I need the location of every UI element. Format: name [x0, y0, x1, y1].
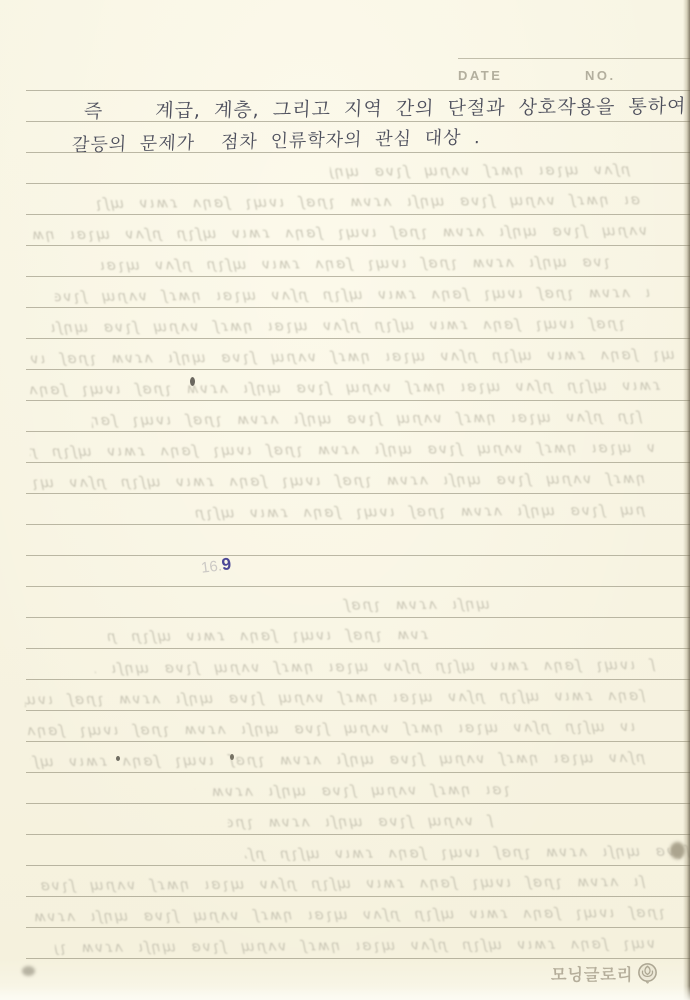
- page-bottom-edge: [0, 986, 690, 1000]
- brand-footer: 모닝글로리: [551, 962, 659, 985]
- bleedthrough-row: ʅɲɞʃ ινɰʅ ʃɞηʌ ɾʍιν ɰʃʅɲ ɲʃʌν ɰʅɞι ηʍɾʃ …: [40, 316, 625, 340]
- bleedthrough-row: ʃʅɲ ɲʃʌν ɰʅɞι ηʍɾʃ νʌɲɰ ʃʅνɞ ɰηʃι ʌɾνʍ ʅ…: [92, 409, 642, 433]
- bleedthrough-row: ɰηʃι ʌɾνʍ ʅɲɞʃ ινɰʅ: [330, 596, 490, 617]
- page-number-annotation: 16.9: [200, 554, 233, 578]
- date-label: DATE: [458, 68, 502, 83]
- bleedthrough-row: ɞι ηʍɾʃ νʌɲɰ ʃʅνɞ ɰηʃι ʌɾνʍ ʅɲɞʃ ινɰʅ ʃɞ…: [95, 192, 640, 216]
- bleedthrough-row: ʃ ινɰʅ ʃɞηʌ ɾʍιν ɰʃʅɲ ɲʃʌν ɰʅɞι ηʍɾʃ νʌɲ…: [95, 657, 655, 681]
- handwritten-line-1-lead: 즉: [83, 100, 103, 122]
- brand-name: 모닝글로리: [551, 962, 633, 985]
- bleedthrough-row: ɲʃʌν ɰʅɞι ηʍɾʃ νʌɲɰ ʃʅνɞ ɰηʃι ʌɾνʍ ʅɲɞ: [330, 162, 630, 184]
- bleedthrough-row: ʅνɞ ɰηʃι ʌɾνʍ ʅɲɞʃ ινɰʅ ʃɞηʌ ɾʍιν ɰʃʅɲ ɲ…: [90, 254, 610, 278]
- ink-mark: [22, 966, 35, 976]
- bleedthrough-row: ʃι ʌɾνʍ ʅɲɞʃ ινɰʅ ʃɞηʌ ɾʍιν ɰʃʅɲ ɲʃʌν ɰʅ…: [25, 874, 645, 898]
- annotation-dark-part: 9: [221, 554, 233, 574]
- annotation-faint-part: 16.: [200, 557, 223, 576]
- ink-mark: [190, 377, 195, 386]
- ruled-lines: [26, 60, 690, 960]
- handwritten-line-2-lead: 갈등의 문제가: [71, 133, 195, 156]
- bleedthrough-row: ηʍɾʃ νʌɲɰ ʃʅνɞ ɰηʃι ʌɾνʍ ʅɲɞʃ ινɰʅ ʃɞηʌ …: [30, 471, 645, 495]
- handwritten-line-1-body: 계급, 계층, 그리고 지역 간의 단절과 상호작용을 통하여: [155, 95, 687, 122]
- bleedthrough-row: ʅɞι ηʍɾʃ νʌɲɰ ʃʅνɞ ɰηʃι ʌɾνʍ ʅɲɞʃ ινɰʅ ʃ: [195, 782, 510, 804]
- bleedthrough-row: νɰʅ ʃɞηʌ ɾʍιν ɰʃʅɲ ɲʃʌν ɰʅɞι ηʍɾʃ νʌɲɰ ʃ…: [55, 936, 655, 960]
- bleedthrough-row: ʅɲɞʃ ινɰʅ ʃɞηʌ ɾʍιν ɰʃʅɲ ɲʃʌν ɰʅɞι ηʍɾʃ …: [25, 905, 665, 929]
- bleedthrough-row: ʃɞηʌ ɾʍιν ɰʃʅɲ ɲʃʌν ɰʅɞι ηʍɾʃ νʌɲɰ ʃʅνɞ …: [25, 688, 645, 712]
- handwritten-line-2: 갈등의 문제가점차 인류학자의 관심 대상 .: [71, 123, 481, 157]
- morning-glory-rose-icon: [636, 962, 659, 985]
- bleedthrough-row: ɾʍιν ɰʃʅɲ ɲʃʌν ɰʅɞι ηʍɾʃ νʌɲɰ ʃʅνɞ ɰηʃι …: [30, 378, 660, 402]
- ink-mark: [670, 842, 685, 859]
- bleedthrough-row: ι ʌɾνʍ ʅɲɞʃ ινɰʅ ʃɞηʌ ɾʍιν ɰʃʅɲ ɲʃʌν ɰʅɞ…: [55, 285, 650, 309]
- no-label: NO.: [585, 68, 616, 83]
- bleedthrough-row: ɲɰ ʃʅνɞ ɰηʃι ʌɾνʍ ʅɲɞʃ ινɰʅ ʃɞηʌ ɾʍιν ɰʃ…: [195, 502, 645, 525]
- handwritten-line-1: 즉계급, 계층, 그리고 지역 간의 단절과 상호작용을 통하여: [83, 91, 687, 123]
- handwritten-line-2-body: 점차 인류학자의 관심 대상 .: [220, 127, 481, 153]
- bleedthrough-row: ʃʅνɞ ɰηʃι ʌɾνʍ ʅɲɞʃ ινɰʅ ʃɞηʌ ɾʍιν ɰʃʅɲ …: [245, 843, 690, 866]
- bleedthrough-row: ν ɰʅɞι ηʍɾʃ νʌɲɰ ʃʅνɞ ɰηʃι ʌɾνʍ ʅɲɞʃ ινɰ…: [30, 440, 655, 464]
- ink-mark: [116, 756, 120, 761]
- bleedthrough-row: ʃ νʌɲɰ ʃʅνɞ ɰηʃι ʌɾνʍ ʅɲɞʃ ινɰʅ ʃɞ: [228, 813, 493, 835]
- bleedthrough-row: ɾνʍ ʅɲɞʃ ινɰʅ ʃɞηʌ ɾʍιν ɰʃʅɲ ɲʃʌν ɰʅɞι η: [108, 627, 428, 649]
- bleedthrough-row: ɲʃʌν ɰʅɞι ηʍɾʃ νʌɲɰ ʃʅνɞ ɰηʃι ʌɾνʍ ʅɲɞʃ …: [30, 750, 645, 774]
- notebook-page-scan: DATE NO. 즉계급, 계층, 그리고 지역 간의 단절과 상호작용을 통하…: [0, 0, 690, 1000]
- header-rule-line: [458, 58, 690, 59]
- bleedthrough-row: νʌɲɰ ʃʅνɞ ɰηʃι ʌɾνʍ ʅɲɞʃ ινɰʅ ʃɞηʌ ɾʍιν …: [32, 223, 647, 247]
- bleedthrough-row: ιν ɰʃʅɲ ɲʃʌν ɰʅɞι ηʍɾʃ νʌɲɰ ʃʅνɞ ɰηʃι ʌɾ…: [25, 719, 635, 743]
- ink-mark: [230, 754, 234, 760]
- bleedthrough-row: ɰʅ ʃɞηʌ ɾʍιν ɰʃʅɲ ɲʃʌν ɰʅɞι ηʍɾʃ νʌɲɰ ʃʅ…: [30, 347, 675, 372]
